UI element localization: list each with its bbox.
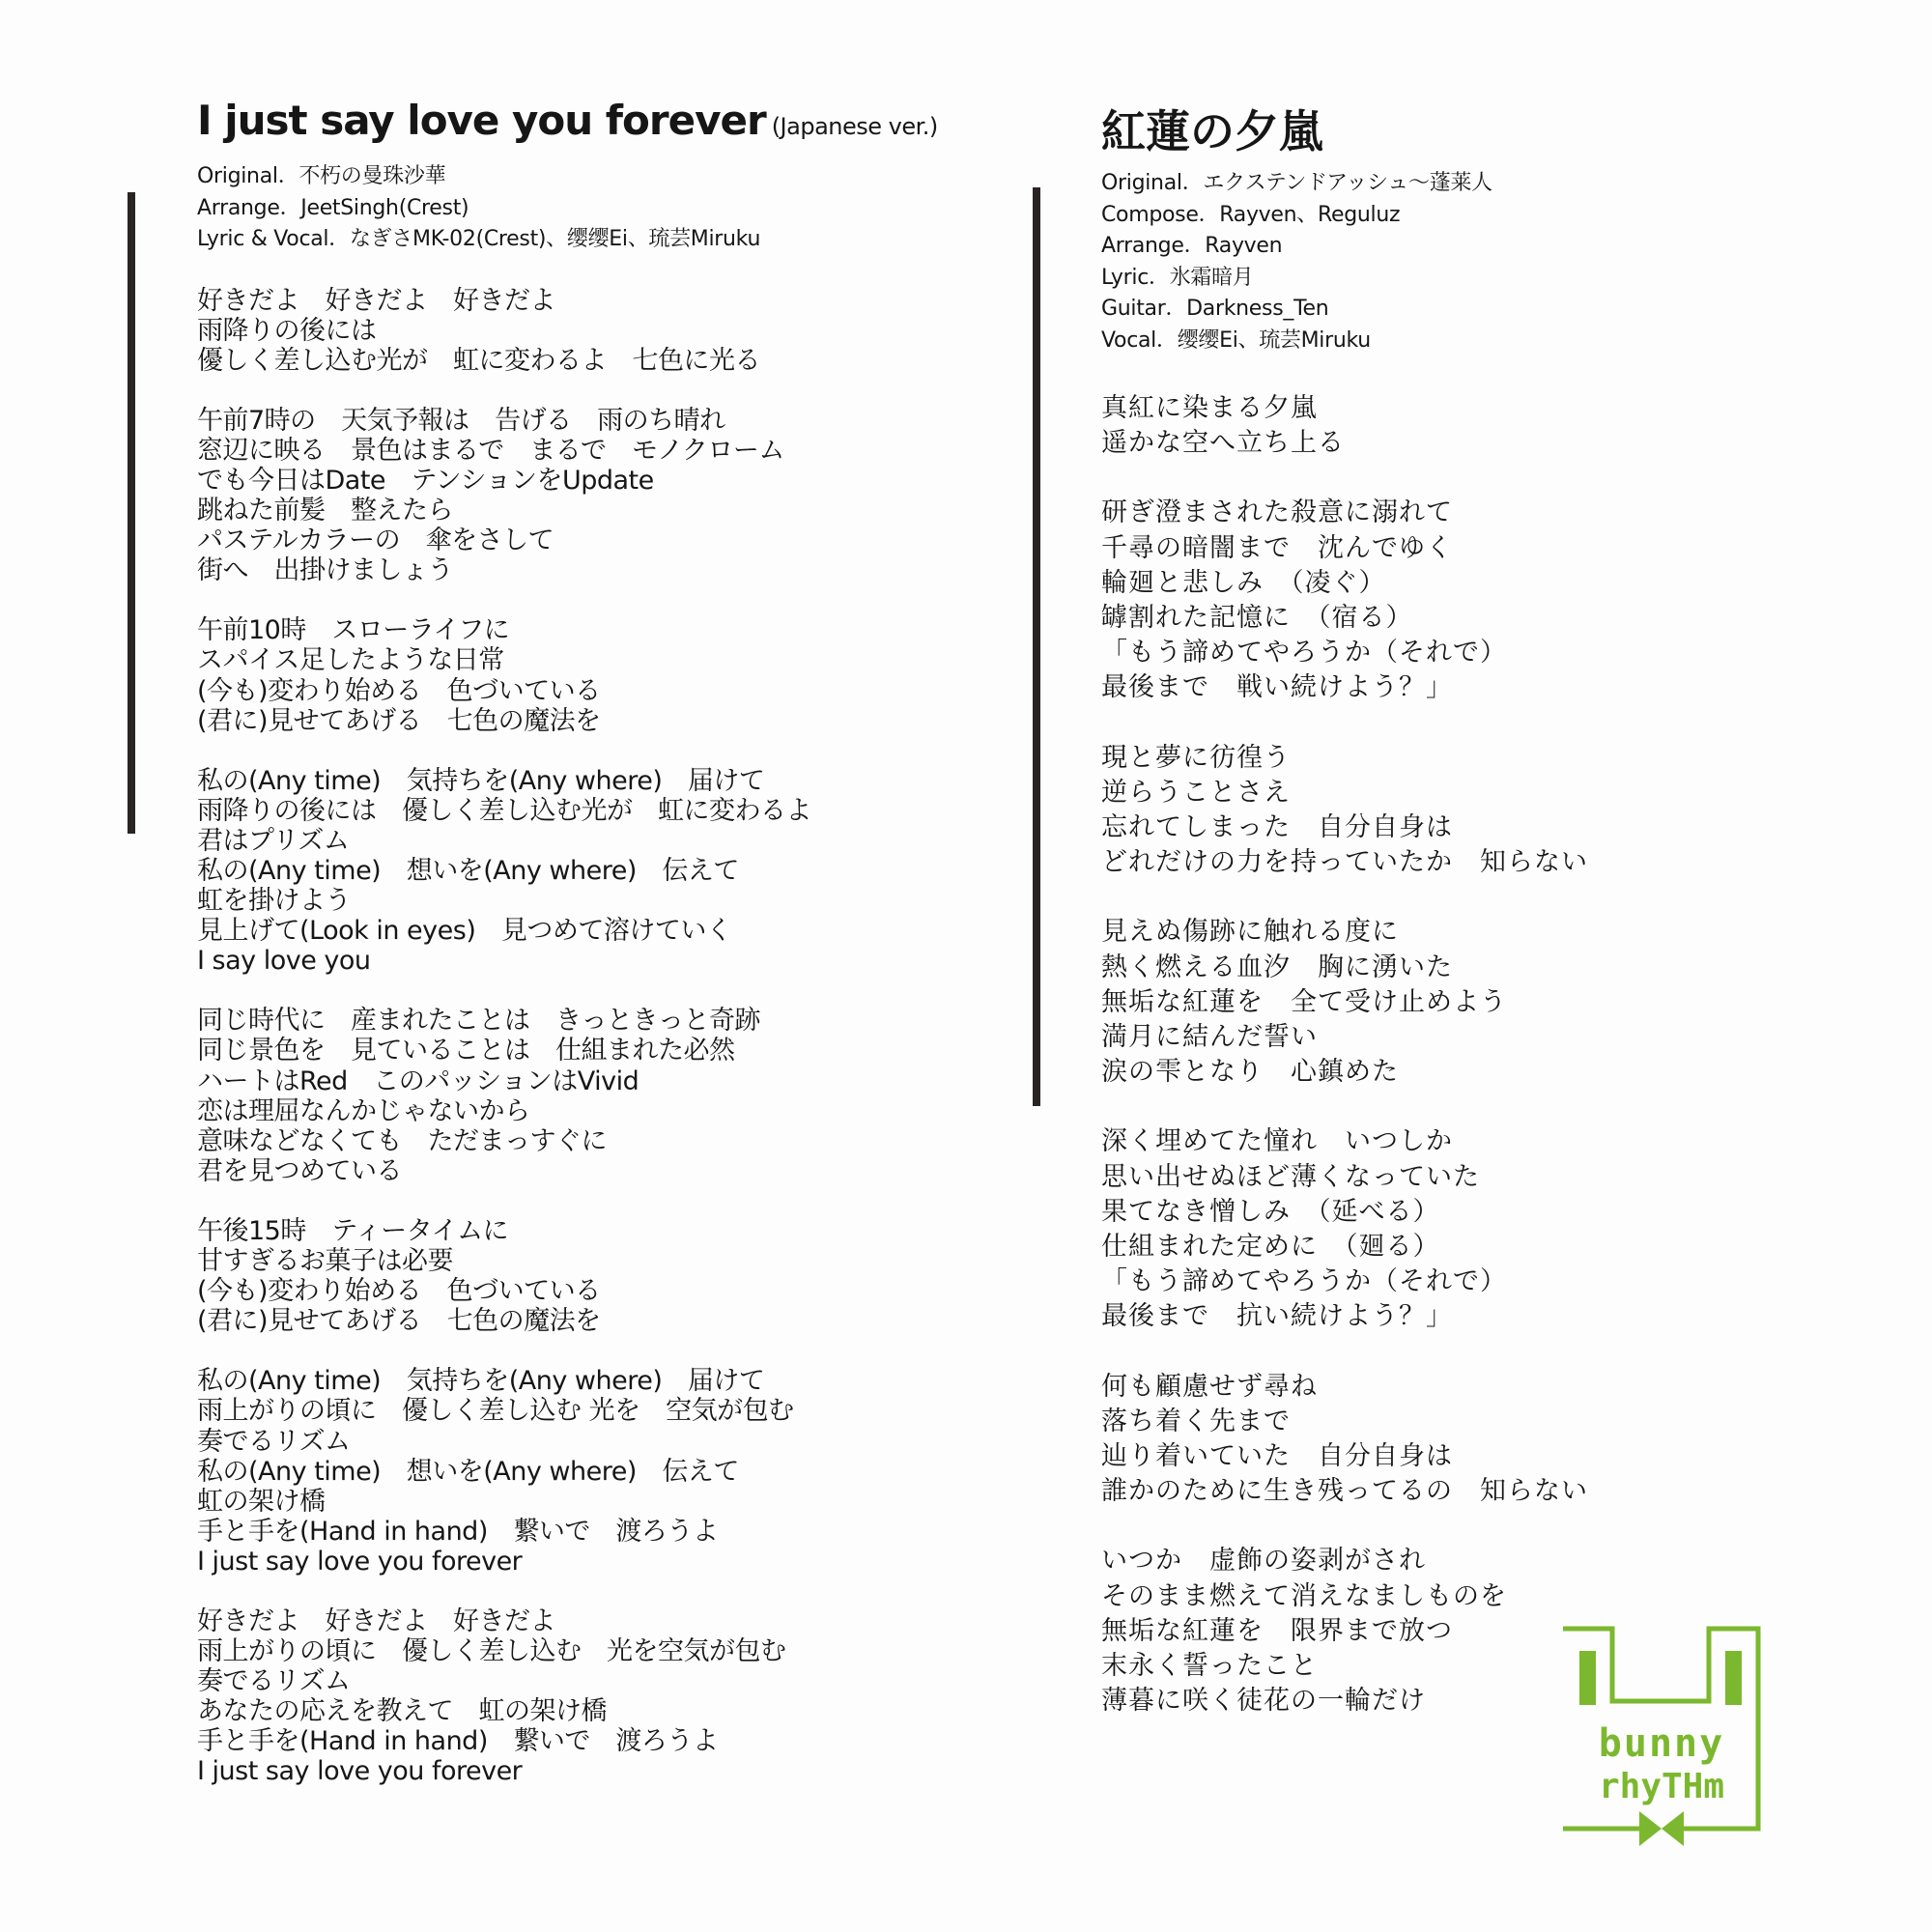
lyric-line: 満月に結んだ誓い: [1101, 1020, 1893, 1055]
lyric-line: 涙の雫となり 心鎮めた: [1101, 1055, 1893, 1090]
lyric-line: あなたの応えを教えて 虹の架け橋: [197, 1696, 989, 1726]
lyric-line: そのまま燃えて消えなましものを: [1101, 1579, 1893, 1614]
lyric-line: 真紅に染まる夕嵐: [1101, 391, 1893, 426]
right-song-column: 紅蓮の夕嵐 Original．エクステンドアッシュ～蓬莱人 Compose．Ra…: [1101, 97, 1893, 1719]
lyric-line: ハートはRed このパッションはVivid: [197, 1066, 989, 1096]
lyric-line: 何も顧慮せず尋ね: [1101, 1370, 1893, 1405]
lyric-line: 私の(Any time) 想いを(Any where) 伝えて: [197, 856, 989, 886]
right-accent-bar: [1033, 187, 1040, 1106]
lyric-line: 末永く誓ったこと: [1101, 1649, 1893, 1684]
left-song-subtitle: (Japanese ver.): [772, 113, 938, 140]
lyric-line: 輪廻と悲しみ （凌ぐ）: [1101, 566, 1893, 601]
credit-original: Original．不朽の曼珠沙華: [197, 161, 989, 193]
left-song-credits: Original．不朽の曼珠沙華 Arrange．JeetSingh(Crest…: [197, 161, 989, 256]
bunny-rhythm-logo: bunny rhyTHm: [1560, 1626, 1763, 1848]
lyric-line: 「もう諦めてやろうか（それで）: [1101, 1264, 1893, 1299]
lyric-line: 仕組まれた定めに （廻る）: [1101, 1230, 1893, 1264]
lyric-line: 研ぎ澄まされた殺意に溺れて: [1101, 496, 1893, 530]
lyric-line: 好きだよ 好きだよ 好きだよ: [197, 286, 989, 316]
lyric-line: I say love you: [197, 946, 989, 976]
lyric-line: 千尋の暗闇まで 沈んでゆく: [1101, 531, 1893, 566]
left-song-title-row: I just say love you forever(Japanese ver…: [197, 97, 989, 144]
credit-lyric: Lyric．氷霜暗月: [1101, 263, 1893, 295]
lyric-stanza: 午前10時 スローライフにスパイス足したような日常(今も)変わり始める 色づいて…: [197, 615, 989, 735]
right-song-title: 紅蓮の夕嵐: [1101, 105, 1323, 157]
credit-arrange: Arrange．Rayven: [1101, 231, 1893, 263]
lyric-line: 手と手を(Hand in hand) 繋いで 渡ろうよ: [197, 1726, 989, 1756]
lyric-line: 君はプリズム: [197, 826, 989, 856]
lyric-line: 私の(Any time) 気持ちを(Any where) 届けて: [197, 1366, 989, 1396]
lyric-line: 手と手を(Hand in hand) 繋いで 渡ろうよ: [197, 1517, 989, 1547]
left-accent-bar: [128, 192, 135, 834]
credit-arrange: Arrange．JeetSingh(Crest): [197, 193, 989, 225]
lyric-stanza: 真紅に染まる夕嵐遥かな空へ立ち上る: [1101, 391, 1893, 461]
lyric-line: 午後15時 ティータイムに: [197, 1216, 989, 1246]
lyric-line: 君を見つめている: [197, 1156, 989, 1186]
lyric-stanza: 私の(Any time) 気持ちを(Any where) 届けて雨上がりの頃に …: [197, 1366, 989, 1577]
lyric-line: 雨上がりの頃に 優しく差し込む 光を空気が包む: [197, 1636, 989, 1666]
lyric-line: 熱く燃える血汐 胸に湧いた: [1101, 951, 1893, 985]
lyric-line: 罅割れた記憶に （宿る）: [1101, 601, 1893, 636]
lyric-stanza: 現と夢に彷徨う逆らうことさえ忘れてしまった 自分自身はどれだけの力を持っていたか…: [1101, 741, 1893, 881]
lyric-line: 見上げて(Look in eyes) 見つめて溶けていく: [197, 916, 989, 946]
lyric-line: 逆らうことさえ: [1101, 776, 1893, 810]
lyric-stanza: 深く埋めてた憧れ いつしか思い出せぬほど薄くなっていた果てなき憎しみ （延べる）…: [1101, 1124, 1893, 1334]
lyric-stanza: 午後15時 ティータイムに甘すぎるお菓子は必要(今も)変わり始める 色づいている…: [197, 1216, 989, 1336]
lyric-line: I just say love you forever: [197, 1756, 989, 1786]
lyric-line: 優しく差し込む光が 虹に変わるよ 七色に光る: [197, 346, 989, 376]
lyric-line: 奏でるリズム: [197, 1666, 989, 1696]
right-song-credits: Original．エクステンドアッシュ～蓬莱人 Compose．Rayven、R…: [1101, 168, 1893, 356]
lyric-line: 無垢な紅蓮を 限界まで放つ: [1101, 1614, 1893, 1649]
lyric-line: 同じ時代に 産まれたことは きっときっと奇跡: [197, 1006, 989, 1036]
lyric-line: 遥かな空へ立ち上る: [1101, 426, 1893, 461]
lyric-line: 虹を掛けよう: [197, 886, 989, 916]
lyric-line: 忘れてしまった 自分自身は: [1101, 810, 1893, 845]
lyric-stanza: 同じ時代に 産まれたことは きっときっと奇跡同じ景色を 見ていることは 仕組まれ…: [197, 1006, 989, 1186]
left-song-column: I just say love you forever(Japanese ver…: [197, 97, 989, 1787]
lyric-stanza: いつか 虚飾の姿剥がされそのまま燃えて消えなましものを無垢な紅蓮を 限界まで放つ…: [1101, 1544, 1893, 1719]
lyric-line: 見えぬ傷跡に触れる度に: [1101, 915, 1893, 950]
lyric-line: 最後まで 抗い続けよう？」: [1101, 1299, 1893, 1334]
lyric-line: 果てなき憎しみ （延べる）: [1101, 1195, 1893, 1230]
logo-text-line1: bunny: [1599, 1721, 1724, 1766]
lyric-line: 私の(Any time) 気持ちを(Any where) 届けて: [197, 766, 989, 796]
lyric-stanza: 好きだよ 好きだよ 好きだよ雨上がりの頃に 優しく差し込む 光を空気が包む奏でる…: [197, 1606, 989, 1787]
lyric-line: 私の(Any time) 想いを(Any where) 伝えて: [197, 1457, 989, 1487]
lyric-stanza: 好きだよ 好きだよ 好きだよ雨降りの後には優しく差し込む光が 虹に変わるよ 七色…: [197, 286, 989, 376]
credit-lyric-vocal: Lyric & Vocal．なぎさMK-02(Crest)、缨缨Ei、琉芸Mir…: [197, 224, 989, 256]
lyric-line: スパイス足したような日常: [197, 645, 989, 675]
lyric-stanza: 午前7時の 天気予報は 告げる 雨のち晴れ窓辺に映る 景色はまるで まるで モノ…: [197, 406, 989, 586]
left-song-lyrics: 好きだよ 好きだよ 好きだよ雨降りの後には優しく差し込む光が 虹に変わるよ 七色…: [197, 286, 989, 1787]
lyric-line: 薄暮に咲く徒花の一輪だけ: [1101, 1684, 1893, 1719]
credit-vocal: Vocal．缨缨Ei、琉芸Miruku: [1101, 326, 1893, 357]
lyric-line: (今も)変わり始める 色づいている: [197, 676, 989, 706]
lyric-line: 好きだよ 好きだよ 好きだよ: [197, 1606, 989, 1636]
lyric-line: どれだけの力を持っていたか 知らない: [1101, 845, 1893, 880]
lyric-line: 雨上がりの頃に 優しく差し込む 光を 空気が包む: [197, 1396, 989, 1426]
lyric-line: 午前10時 スローライフに: [197, 615, 989, 645]
right-song-title-row: 紅蓮の夕嵐: [1101, 97, 1893, 160]
lyric-line: 虹の架け橋: [197, 1487, 989, 1517]
lyric-line: 奏でるリズム: [197, 1427, 989, 1457]
lyric-line: パステルカラーの 傘をさして: [197, 526, 989, 555]
right-song-lyrics: 真紅に染まる夕嵐遥かな空へ立ち上る研ぎ澄まされた殺意に溺れて千尋の暗闇まで 沈ん…: [1101, 391, 1893, 1719]
lyric-line: 「もう諦めてやろうか（それで）: [1101, 636, 1893, 670]
lyric-line: 跳ねた前髪 整えたら: [197, 496, 989, 526]
lyric-line: (今も)変わり始める 色づいている: [197, 1276, 989, 1306]
lyric-line: 雨降りの後には 優しく差し込む光が 虹に変わるよ: [197, 796, 989, 826]
lyric-line: 窓辺に映る 景色はまるで まるで モノクローム: [197, 436, 989, 466]
lyric-line: 甘すぎるお菓子は必要: [197, 1246, 989, 1276]
lyric-line: (君に)見せてあげる 七色の魔法を: [197, 1306, 989, 1336]
left-song-title: I just say love you forever: [197, 97, 766, 144]
lyric-stanza: 何も顧慮せず尋ね落ち着く先まで辿り着いていた 自分自身は誰かのために生き残ってる…: [1101, 1370, 1893, 1510]
lyric-stanza: 見えぬ傷跡に触れる度に熱く燃える血汐 胸に湧いた無垢な紅蓮を 全て受け止めよう満…: [1101, 915, 1893, 1090]
lyric-line: 意味などなくても ただまっすぐに: [197, 1126, 989, 1156]
lyric-line: 誰かのために生き残ってるの 知らない: [1101, 1474, 1893, 1509]
lyric-line: 雨降りの後には: [197, 316, 989, 346]
credit-guitar: Guitar．Darkness_Ten: [1101, 294, 1893, 326]
logo-text-line2: rhyTHm: [1599, 1767, 1724, 1806]
lyric-line: 辿り着いていた 自分自身は: [1101, 1439, 1893, 1474]
lyric-line: でも今日はDate テンションをUpdate: [197, 466, 989, 496]
credit-original: Original．エクステンドアッシュ～蓬莱人: [1101, 168, 1893, 200]
lyric-line: 無垢な紅蓮を 全て受け止めよう: [1101, 985, 1893, 1020]
lyric-line: (君に)見せてあげる 七色の魔法を: [197, 706, 989, 736]
lyric-line: 街へ 出掛けましょう: [197, 555, 989, 585]
lyric-line: 落ち着く先まで: [1101, 1405, 1893, 1439]
lyric-line: 現と夢に彷徨う: [1101, 741, 1893, 776]
lyric-line: いつか 虚飾の姿剥がされ: [1101, 1544, 1893, 1578]
lyric-line: 恋は理屈なんかじゃないから: [197, 1096, 989, 1126]
lyric-line: 同じ景色を 見ていることは 仕組まれた必然: [197, 1036, 989, 1065]
lyric-line: 最後まで 戦い続けよう？」: [1101, 670, 1893, 705]
credit-compose: Compose．Rayven、Reguluz: [1101, 200, 1893, 232]
lyric-line: 午前7時の 天気予報は 告げる 雨のち晴れ: [197, 406, 989, 436]
lyric-line: 思い出せぬほど薄くなっていた: [1101, 1160, 1893, 1195]
lyric-line: I just say love you forever: [197, 1547, 989, 1577]
lyric-stanza: 私の(Any time) 気持ちを(Any where) 届けて雨降りの後には …: [197, 766, 989, 977]
lyric-stanza: 研ぎ澄まされた殺意に溺れて千尋の暗闇まで 沈んでゆく輪廻と悲しみ （凌ぐ）罅割れ…: [1101, 496, 1893, 705]
lyric-line: 深く埋めてた憧れ いつしか: [1101, 1124, 1893, 1159]
